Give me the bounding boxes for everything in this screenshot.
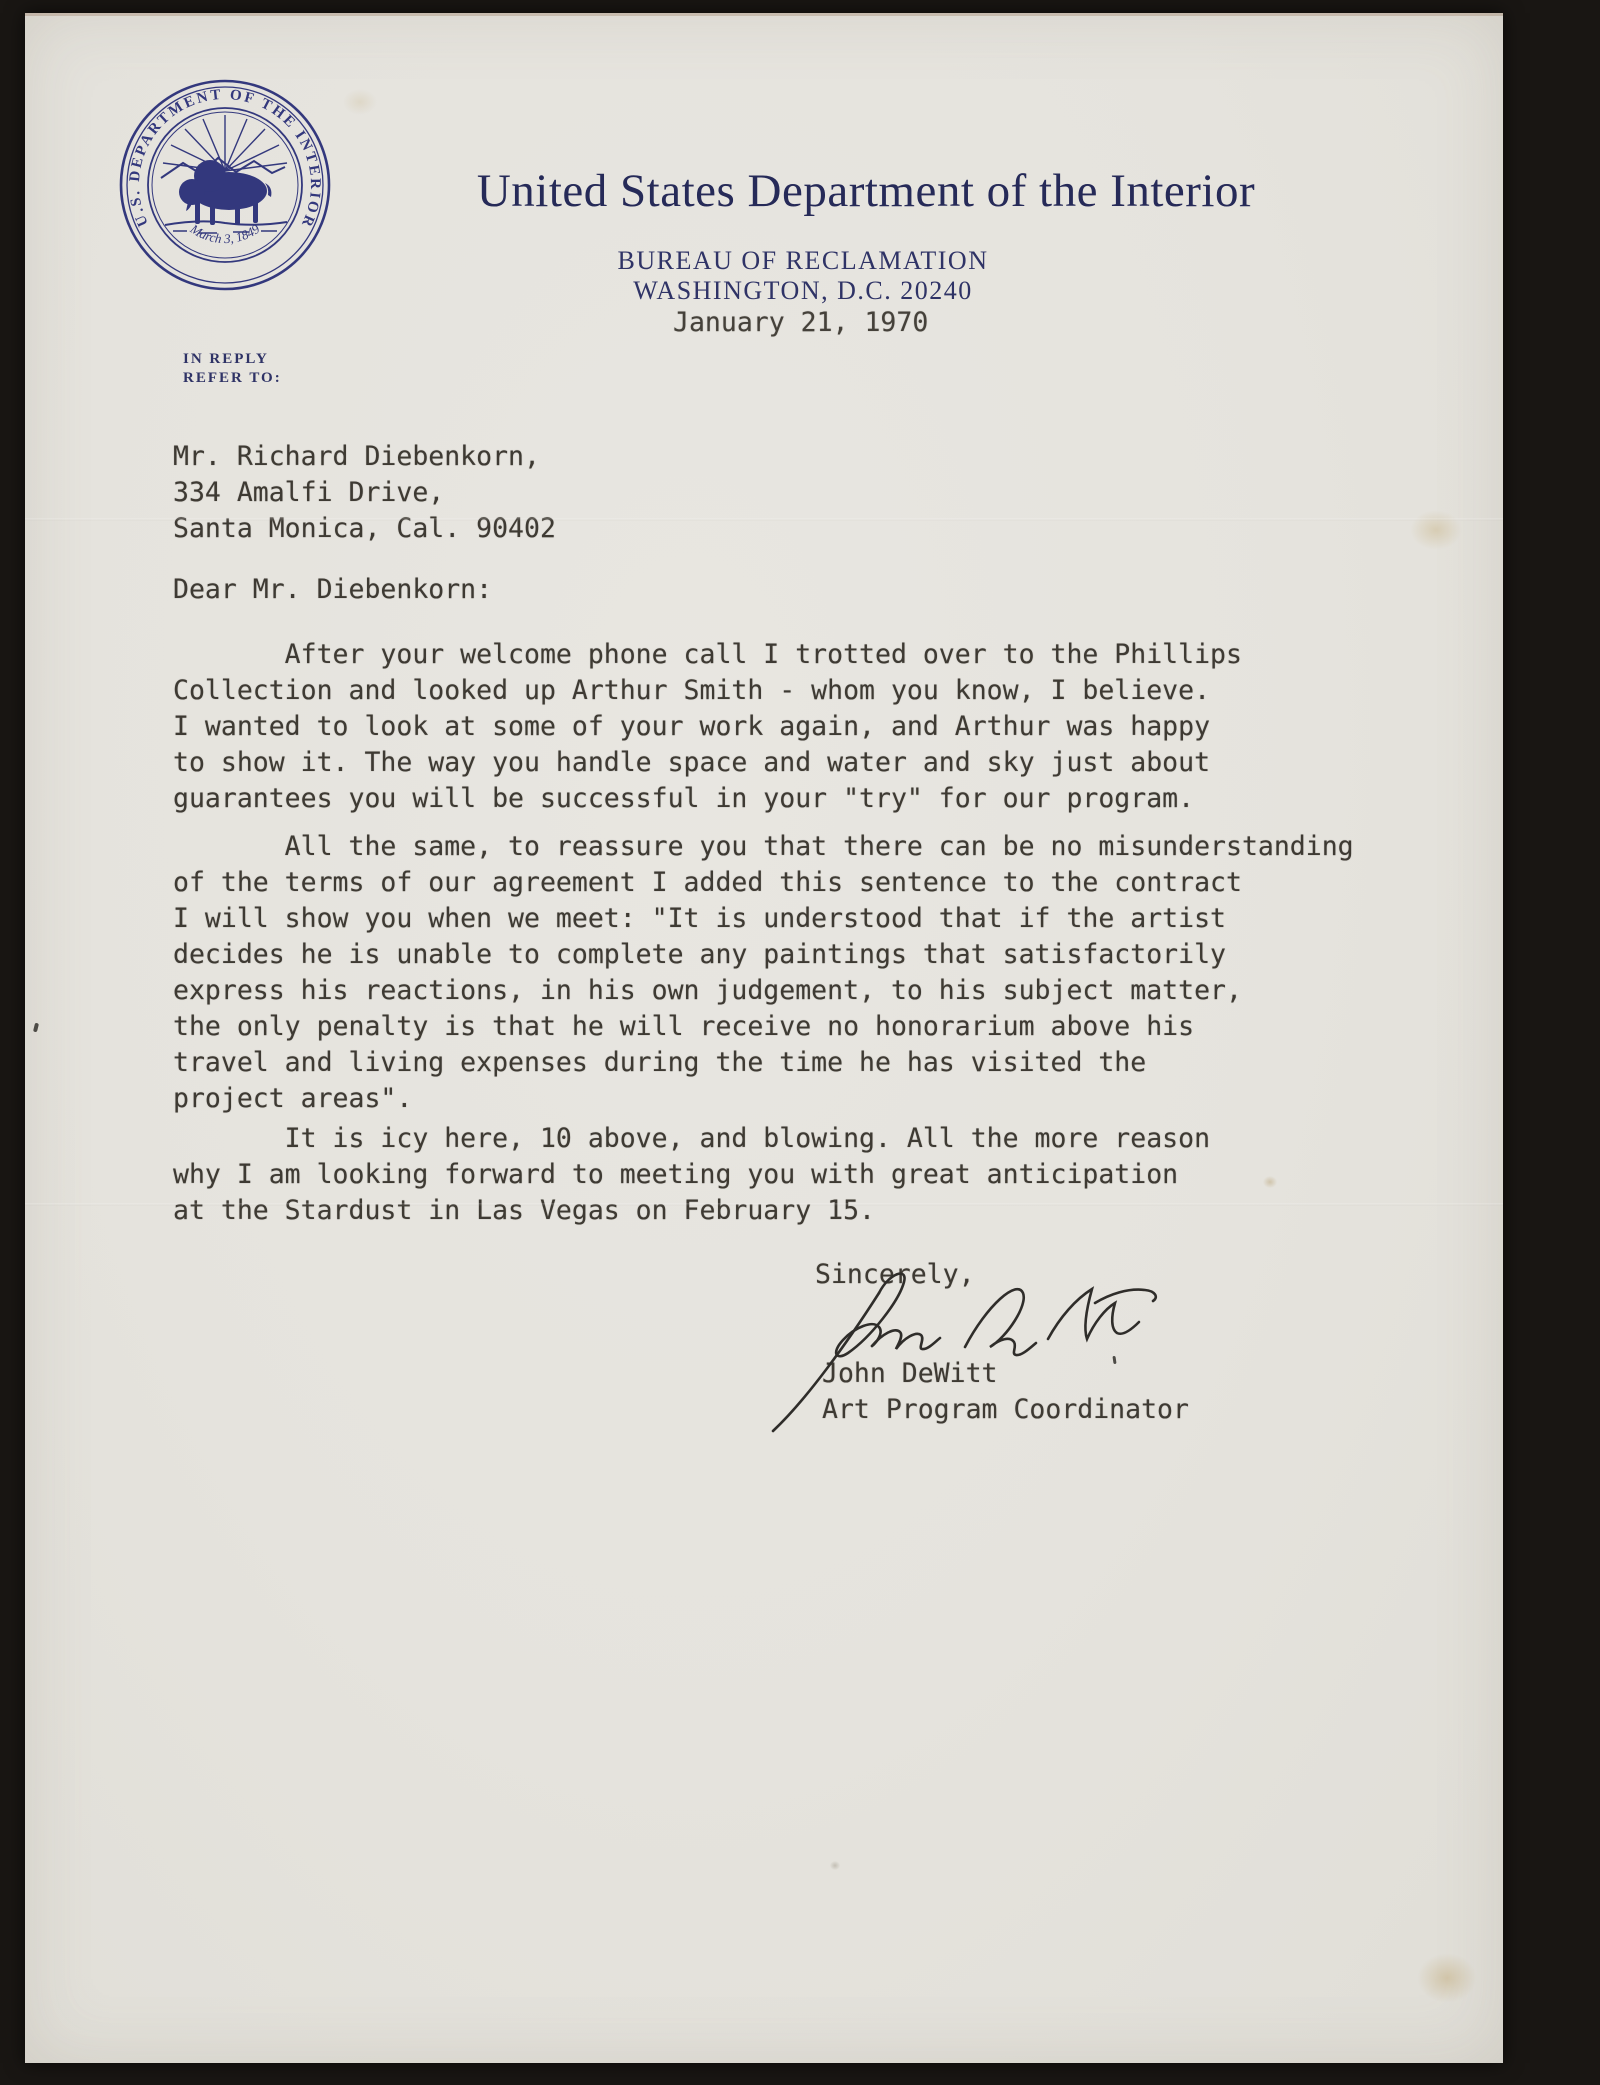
scanned-letter-background: U.S. DEPARTMENT OF THE INTERIOR xyxy=(0,0,1600,2085)
body-paragraph-2: All the same, to reassure you that there… xyxy=(173,829,1354,1117)
seal-ground-icon xyxy=(165,221,287,225)
letter-date: January 21, 1970 xyxy=(673,305,928,341)
recipient-address-block: Mr. Richard Diebenkorn, 334 Amalfi Drive… xyxy=(173,439,556,547)
scan-speck xyxy=(33,1023,39,1033)
in-reply-refer-label: IN REPLY REFER TO: xyxy=(183,350,282,388)
body-paragraph-1: After your welcome phone call I trotted … xyxy=(173,637,1242,817)
paper-stain xyxy=(1417,1953,1477,2003)
letterhead-bureau-line: BUREAU OF RECLAMATION xyxy=(303,246,1303,276)
department-of-interior-seal: U.S. DEPARTMENT OF THE INTERIOR xyxy=(115,75,335,295)
svg-text:March 3, 1849: March 3, 1849 xyxy=(187,220,263,246)
signature-script xyxy=(743,1259,1213,1444)
paper-stain xyxy=(1410,510,1462,550)
letterhead-city-line: WASHINGTON, D.C. 20240 xyxy=(303,276,1303,306)
letter-page: U.S. DEPARTMENT OF THE INTERIOR xyxy=(25,13,1503,2063)
paper-stain xyxy=(1263,1176,1277,1188)
paper-stain xyxy=(343,89,377,115)
letterhead-agency-title: United States Department of the Interior xyxy=(366,166,1366,218)
body-paragraph-3: It is icy here, 10 above, and blowing. A… xyxy=(173,1121,1210,1229)
salutation: Dear Mr. Diebenkorn: xyxy=(173,572,492,608)
paper-stain xyxy=(830,1861,840,1870)
seal-date-text: March 3, 1849 xyxy=(187,220,263,246)
